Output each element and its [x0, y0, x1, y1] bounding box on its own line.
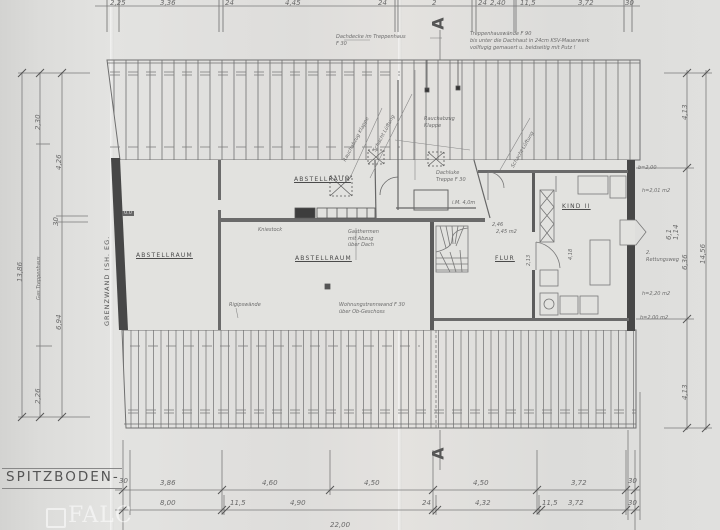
note-flur-area: 2,45 m2 [496, 229, 517, 236]
note-rigips: Rigipswände [229, 302, 261, 309]
dim-top-9: 11,5 [520, 0, 536, 7]
note-trennwand-1: Wohnungstrennwand F 30 [339, 302, 405, 309]
note-treppenhaus-1: Treppenhauswände F 90 [470, 31, 531, 38]
note-dachdecke: Dachdecke im Treppenhaus F 30 [336, 34, 406, 47]
drawing-title: SPITZBODEN- [2, 468, 122, 489]
dim-right-3: 4,13 [682, 384, 689, 400]
dim-bottom-2-4: 4,32 [475, 500, 491, 507]
room-label-flur: FLUR [495, 256, 515, 262]
dim-bottom-2-0: 8,00 [160, 500, 176, 507]
dim-bottom-1-6: 30 [628, 478, 637, 485]
note-brh-2: h=2,01 m2 [642, 188, 670, 195]
dim-top-11: 30 [625, 0, 634, 7]
dim-bottom-total: 22,00 [330, 522, 350, 529]
room-label-abstellraum-left: ABSTELLRAUM [136, 253, 193, 259]
dim-bottom-1-0: 30 [119, 478, 128, 485]
dim-right-total: 14,56 [700, 244, 707, 264]
left-dimension-chain [18, 72, 90, 418]
dim-top-5: 24 [378, 0, 387, 7]
dim-top-2: 3,36 [160, 0, 176, 7]
dim-bottom-2-5: 11,5 [542, 500, 558, 507]
dim-left-4: 6,94 [56, 314, 63, 330]
dim-top-1: 2,25 [110, 0, 126, 7]
room-label-kind: KIND II [562, 204, 591, 210]
note-kind-dim2: 2,13 [526, 255, 533, 266]
note-brh-4: h=2,00 m2 [640, 315, 668, 322]
dim-right-2: 6,36 [682, 254, 689, 270]
room-label-abstellraum-top: ABSTELLRAUM [294, 177, 351, 183]
dim-left-2: 4,26 [56, 154, 63, 170]
dim-right-small-2: 1,14 [673, 224, 680, 240]
top-dimension-chain [95, 0, 640, 32]
dim-top-10: 3,72 [578, 0, 594, 7]
dim-left-5: 2,26 [35, 388, 42, 404]
note-brh-1: b=2,00 [638, 165, 657, 172]
party-wall-tag: 0.0 [122, 211, 134, 216]
note-trennwand-2: über Ob-Geschoss [339, 309, 385, 316]
dim-bottom-1-1: 3,86 [160, 480, 176, 487]
dim-bottom-1-3: 4,50 [364, 480, 380, 487]
dim-bottom-2-6: 3,72 [568, 500, 584, 507]
dim-top-6: 2 [432, 0, 436, 7]
note-dachluke: Dachluke Treppe F 30 [436, 170, 476, 183]
dim-left-total: 13,86 [17, 262, 24, 282]
watermark-logo-icon [46, 508, 66, 528]
dim-top-3: 24 [225, 0, 234, 7]
note-rauchabzug: Rauchabzug Klappe [424, 116, 454, 129]
note-treppenhaus-3: vollfugig gemauert u. beidseitig mit Put… [470, 45, 576, 52]
dim-top-4: 4,45 [285, 0, 301, 7]
section-marker-bottom: A [429, 447, 448, 459]
dim-right-1: 4,13 [682, 104, 689, 120]
note-gasthermen: Gasthermen mit Abzug über Dach [348, 229, 384, 249]
note-treppenhaus-2: bis unter die Dachhaut in 24cm KSV-Mauer… [470, 38, 590, 45]
dim-bottom-2-7: 30 [628, 500, 637, 507]
note-rettungsweg: 2. Rettungsweg [646, 250, 678, 263]
watermark-text: FALC [68, 503, 133, 528]
dim-top-7: 24 [478, 0, 487, 7]
note-flur-dim: 2,46 [492, 222, 503, 229]
dim-bottom-2-3: 24 [422, 500, 431, 507]
note-ablage: i.M. 4,0m [452, 200, 475, 207]
dim-bottom-1-2: 4,60 [262, 480, 278, 487]
note-brh-3: h=2,20 m2 [642, 291, 670, 298]
roof-lower [122, 330, 636, 428]
section-marker-top: A [429, 17, 448, 29]
dim-left-3: 30 [53, 217, 60, 226]
note-kind-dim: 4,18 [568, 249, 575, 260]
dim-top-8: 2,40 [490, 0, 506, 7]
note-left-gas: Gas Treppenhaus [36, 256, 43, 300]
dim-bottom-2-1: 11,5 [230, 500, 246, 507]
room-label-abstellraum-center: ABSTELLRAUM [295, 256, 352, 262]
party-wall-label: GRENZWAND (SH. EG. [104, 236, 111, 326]
dim-left-1: 2,30 [35, 114, 42, 130]
dim-bottom-2-2: 4,90 [290, 500, 306, 507]
note-kniestock: Kniestock [258, 227, 282, 234]
drawing-title-text: SPITZBODEN [6, 469, 113, 485]
dim-bottom-1-4: 4,50 [473, 480, 489, 487]
dim-bottom-1-5: 3,72 [571, 480, 587, 487]
